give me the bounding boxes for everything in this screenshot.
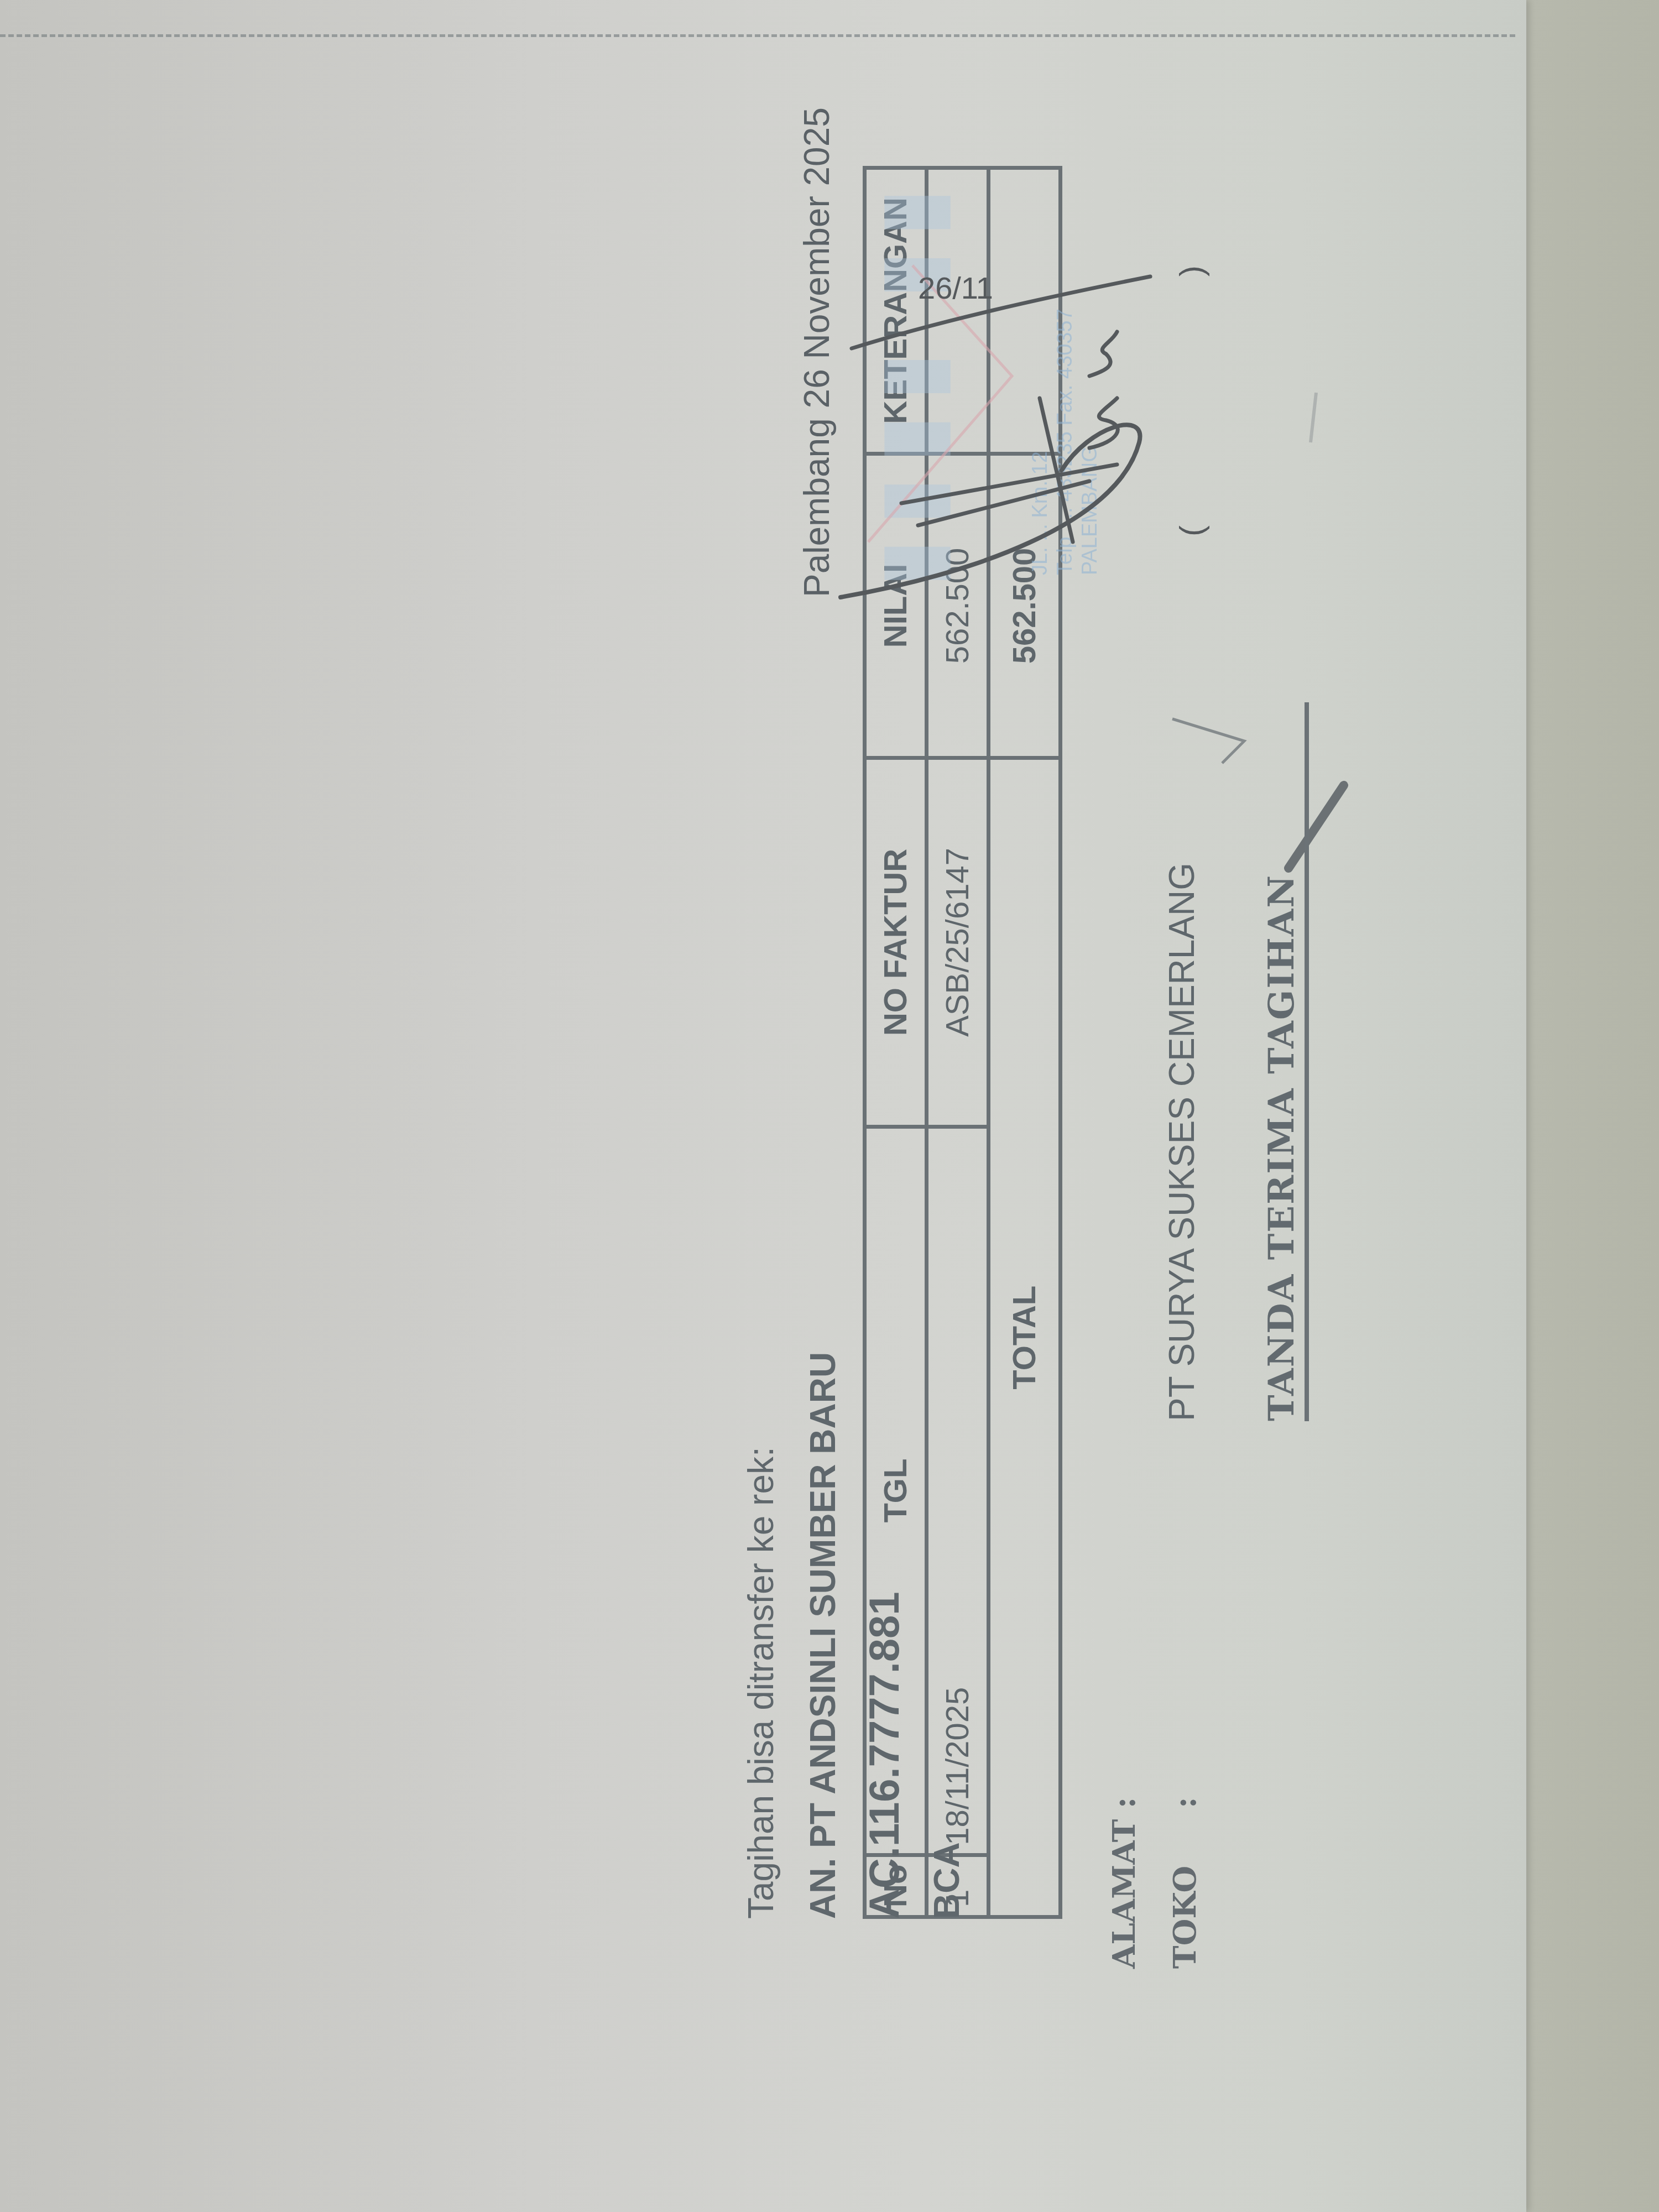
receipt-document: TANDA TERIMA TAGIHAN TOKO : PT SURYA SUK… — [0, 166, 1526, 2157]
signature-bracket-open: ( — [1172, 525, 1211, 536]
perforation-line — [0, 34, 1515, 37]
signature-icon: 26/11 — [830, 166, 1172, 608]
alamat-label: ALAMAT : — [1106, 1797, 1142, 1969]
document-title: TANDA TERIMA TAGIHAN — [1261, 702, 1309, 1421]
account-name: AN. PT ANDSINLI SUMBER BARU — [792, 1352, 854, 1919]
toko-label: TOKO — [1167, 1866, 1203, 1969]
handwritten-note: 26/11 — [918, 270, 993, 305]
cell-no-faktur: ASB/25/6147 — [927, 758, 989, 1126]
transfer-intro: Tagihan bisa ditransfer ke rek: — [730, 1352, 792, 1919]
transfer-info: Tagihan bisa ditransfer ke rek: AN. PT A… — [730, 1352, 978, 1919]
signature-bracket-close: ) — [1172, 265, 1211, 276]
toko-separator: : — [1167, 1797, 1203, 1808]
header-no-faktur: NO FAKTUR — [865, 758, 927, 1126]
account-number: AC.116.7777.881 — [854, 1352, 916, 1919]
toko-value: PT SURYA SUKSES CEMERLANG — [1161, 863, 1202, 1421]
total-label: TOTAL — [989, 758, 1061, 1917]
bank-name: BCA — [916, 1352, 978, 1919]
